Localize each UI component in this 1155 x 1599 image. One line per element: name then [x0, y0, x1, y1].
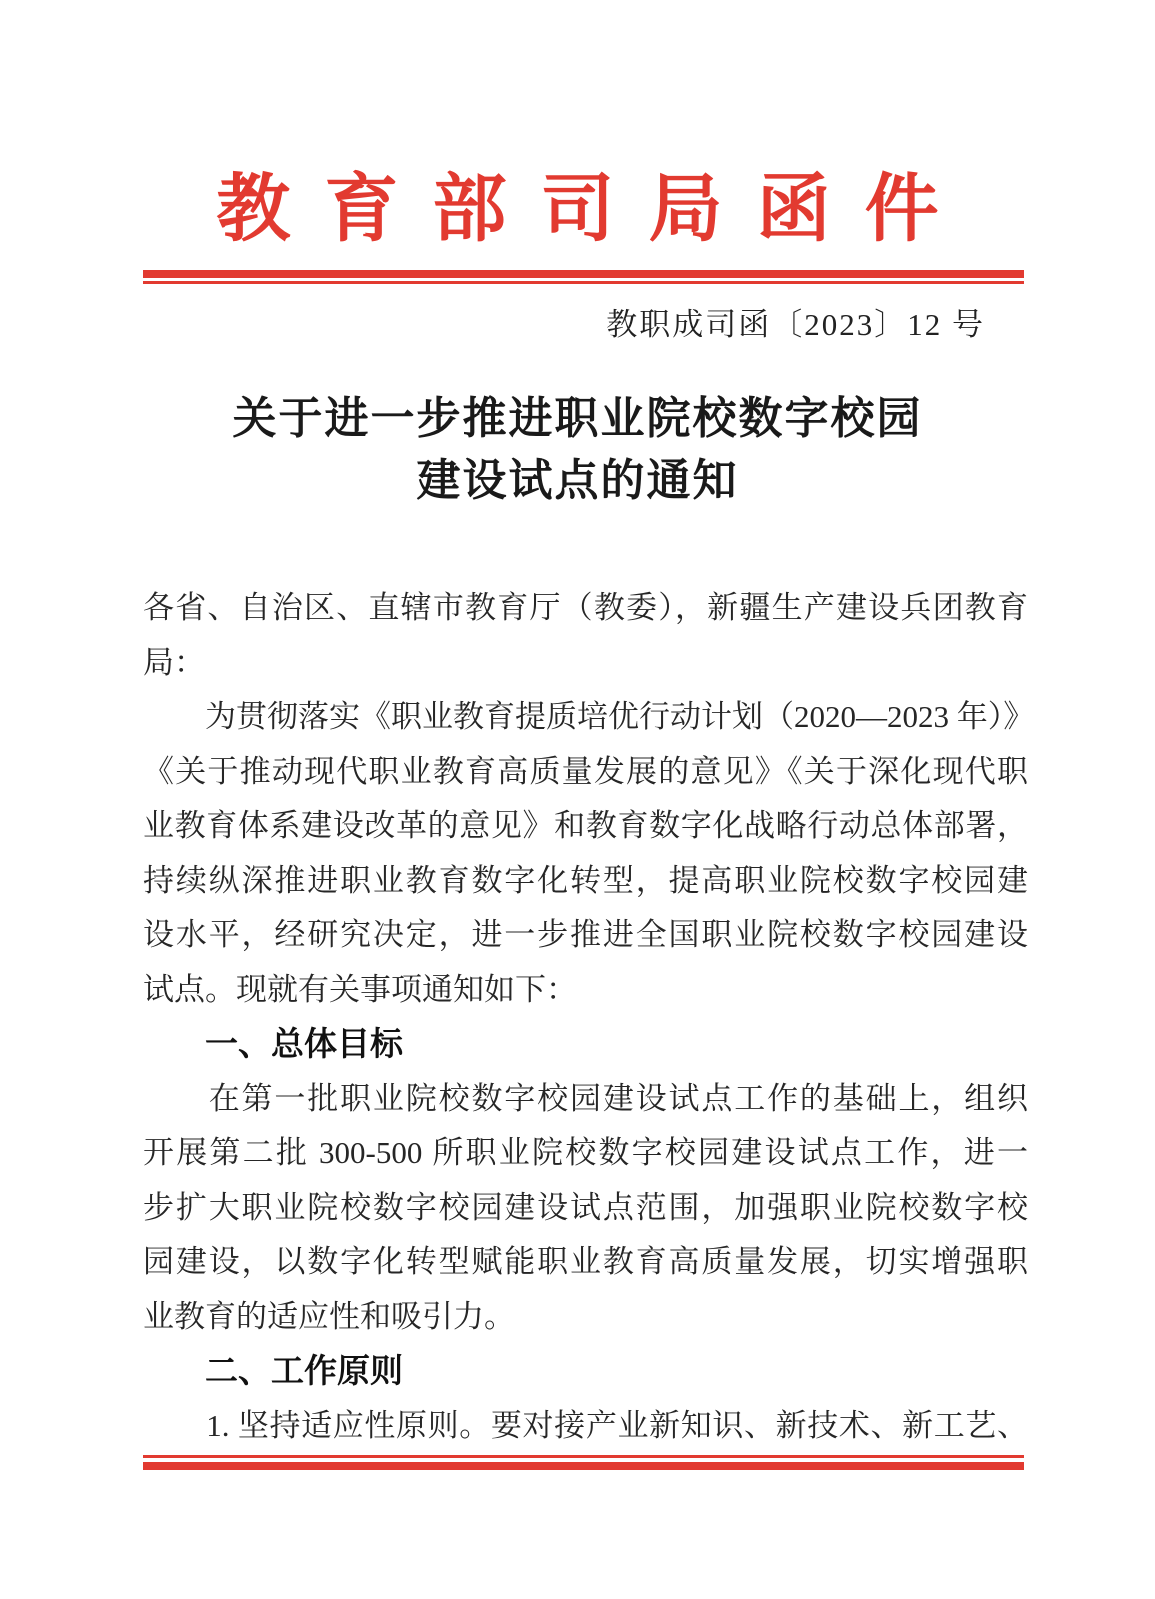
body-text-line: 设水平，经研究决定，进一步推进全国职业院校数字校园建设: [143, 908, 1028, 963]
letterhead-title: 教育部司局函件: [0, 150, 1155, 256]
letterhead-divider: [143, 270, 1024, 284]
body-text-line: 业教育的适应性和吸引力。: [143, 1290, 1028, 1345]
section-heading: 一、总体目标: [143, 1017, 1028, 1072]
body-text-line: 在第一批职业院校数字校园建设试点工作的基础上，组织: [143, 1072, 1028, 1127]
body-text-line: 试点。现就有关事项通知如下：: [143, 963, 1028, 1018]
body-text-line: 为贯彻落实《职业教育提质培优行动计划（2020—2023 年）》: [143, 690, 1028, 745]
body-text-line: 业教育体系建设改革的意见》和教育数字化战略行动总体部署，: [143, 799, 1028, 854]
divider-thick-line: [143, 270, 1024, 278]
body-text-line: 持续纵深推进职业教育数字化转型，提高职业院校数字校园建: [143, 854, 1028, 909]
document-page: 教育部司局函件 教职成司函〔2023〕12 号 关于进一步推进职业院校数字校园 …: [0, 0, 1155, 1599]
document-title: 关于进一步推进职业院校数字校园 建设试点的通知: [0, 388, 1155, 512]
divider-thin-line: [143, 1455, 1024, 1458]
divider-thick-line: [143, 1462, 1024, 1470]
section-heading: 二、工作原则: [143, 1344, 1028, 1399]
document-title-line1: 关于进一步推进职业院校数字校园: [0, 388, 1155, 450]
body-text-line: 步扩大职业院校数字校园建设试点范围，加强职业院校数字校: [143, 1181, 1028, 1236]
body-text-line: 园建设，以数字化转型赋能职业教育高质量发展，切实增强职: [143, 1235, 1028, 1290]
body-text-line: 《关于推动现代职业教育高质量发展的意见》《关于深化现代职: [143, 745, 1028, 800]
document-title-line2: 建设试点的通知: [0, 450, 1155, 512]
body-text-line: 局：: [143, 636, 1028, 691]
body-text-line: 1. 坚持适应性原则。要对接产业新知识、新技术、新工艺、: [143, 1399, 1028, 1454]
body-text-line: 各省、自治区、直辖市教育厅（教委），新疆生产建设兵团教育: [143, 581, 1028, 636]
document-reference-number: 教职成司函〔2023〕12 号: [606, 299, 985, 344]
divider-thin-line: [143, 281, 1024, 284]
document-body: 各省、自治区、直辖市教育厅（教委），新疆生产建设兵团教育局： 为贯彻落实《职业教…: [143, 581, 1028, 1453]
footer-divider: [143, 1455, 1024, 1470]
body-text-line: 开展第二批 300-500 所职业院校数字校园建设试点工作，进一: [143, 1126, 1028, 1181]
